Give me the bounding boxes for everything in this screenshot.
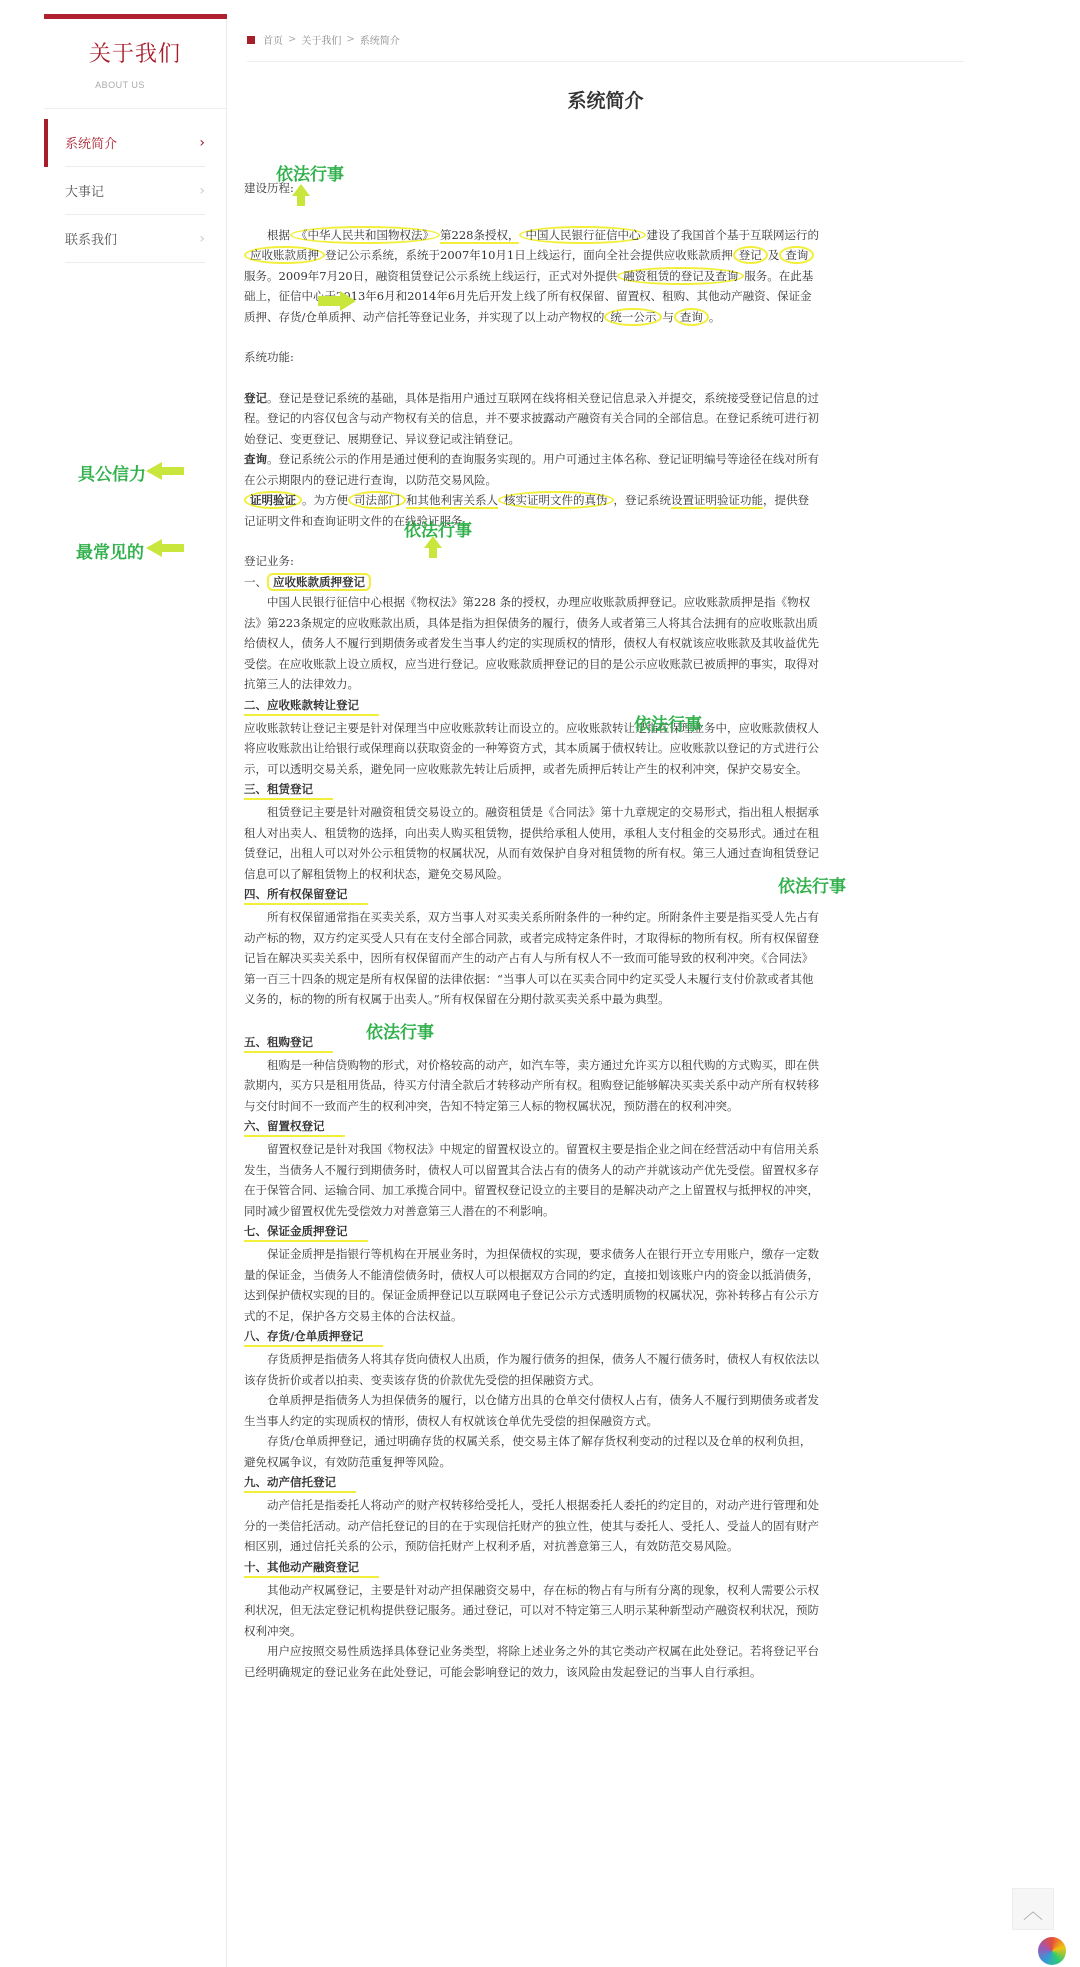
business-section-5: 五、租购登记 租购是一种信贷购物的形式，对价格较高的动产，如汽车等，卖方通过允许… [244, 1032, 819, 1117]
function-text: 。登记系统公示的作用是通过便利的查询服务实现的。用户可通过主体名称、登记证明编号… [244, 452, 819, 487]
highlight-center: 中国人民银行征信中心 [519, 226, 646, 244]
section-heading: 三、租赁登记 [244, 780, 333, 800]
section-paragraph: 应收账款转让登记主要是针对保理当中应收账款转让而设立的。应收账款转让是指在保理业… [244, 718, 819, 780]
highlight-unified: 统一公示 [604, 308, 662, 326]
arrow-left-icon [146, 462, 162, 480]
section-heading: 二、应收账款转让登记 [244, 696, 379, 716]
section-paragraph: 动产信托是指委托人将动产的财产权转移给受托人，受托人根据委托人委托的约定目的，对… [244, 1495, 819, 1557]
back-to-top-button[interactable]: ︿ [1012, 1888, 1054, 1930]
arrow-up-icon [292, 184, 310, 196]
home-icon [247, 36, 255, 44]
annotation-law: 依法行事 [366, 1018, 434, 1043]
annotation-law: 依法行事 [634, 710, 702, 735]
breadcrumb-about[interactable]: 关于我们 [301, 32, 341, 47]
arrow-left-icon [162, 467, 184, 475]
function-register: 登记。登记是登记系统的基础，具体是指用户通过互联网在线将相关登记信息录入并提交，… [244, 388, 819, 450]
text: 。 [709, 310, 721, 324]
breadcrumb-separator: > [288, 34, 296, 45]
text: 根据 [267, 228, 290, 242]
highlight-set: 设置证明验证功能 [671, 493, 763, 509]
business-section-6: 六、留置权登记 留置权登记是针对我国《物权法》中规定的留置权设立的。留置权主要是… [244, 1116, 819, 1221]
page-container: 关于我们 ABOUT US 系统简介 › 大事记 › 联系我们 › 首页 > 关… [44, 14, 984, 1967]
function-title: 登记 [244, 391, 267, 405]
section-heading: 应收账款质押登记 [267, 573, 371, 591]
section-paragraph: 租购是一种信贷购物的形式，对价格较高的动产，如汽车等，卖方通过允许买方以租代购的… [244, 1055, 819, 1117]
breadcrumb: 首页 > 关于我们 > 系统简介 [247, 18, 964, 62]
section-heading: 四、所有权保留登记 [244, 885, 368, 905]
text: 及 [768, 248, 780, 262]
business-section-7: 七、保证金质押登记 保证金质押是指银行等机构在开展业务时，为担保债权的实现，要求… [244, 1221, 819, 1326]
highlight-register: 登记 [733, 246, 768, 264]
sidebar: 关于我们 ABOUT US 系统简介 › 大事记 › 联系我们 › [44, 14, 227, 1967]
section-heading: 九、动产信托登记 [244, 1473, 356, 1493]
arrow-left-icon [162, 544, 184, 552]
text: 服务。2009年7月20日，融资租赁登记公示系统上线运行，正式对外提供 [244, 269, 617, 283]
heading-prefix: 一、 [244, 575, 267, 589]
highlight-lease: 融资租赁的登记及查询 [617, 267, 744, 285]
function-query: 查询。登记系统公示的作用是通过便利的查询服务实现的。用户可通过主体名称、登记证明… [244, 449, 819, 490]
business-label: 登记业务: [244, 551, 819, 572]
sidebar-title: 关于我们 [44, 37, 226, 68]
business-section-2: 二、应收账款转让登记 应收账款转让登记主要是针对保理当中应收账款转让而设立的。应… [244, 695, 819, 780]
arrow-up-icon [429, 548, 437, 558]
annotation-law: 依法行事 [276, 160, 344, 185]
arrow-up-icon [297, 196, 305, 206]
business-section-8: 八、存货/仓单质押登记 存货质押是指债务人将其存货向债权人出质，作为履行债务的担… [244, 1326, 819, 1472]
sidebar-header: 关于我们 ABOUT US [44, 19, 226, 109]
section-heading: 十、其他动产融资登记 [244, 1558, 379, 1578]
function-verify: 证明验证。为方便司法部门和其他利害关系人核实证明文件的真伪，登记系统设置证明验证… [244, 490, 819, 531]
highlight-law: 《中华人民共和国物权法》 [290, 226, 440, 244]
arrow-up-icon [424, 536, 442, 548]
business-section-9: 九、动产信托登记 动产信托是指委托人将动产的财产权转移给受托人，受托人根据委托人… [244, 1472, 819, 1557]
main-content: 首页 > 关于我们 > 系统简介 系统简介 建设历程: 根据《中华人民共和国物权… [227, 18, 984, 126]
breadcrumb-home[interactable]: 首页 [263, 32, 283, 47]
highlight-query: 查询 [674, 308, 709, 326]
text: 。为方便 [302, 493, 348, 507]
text: 与 [662, 310, 674, 324]
business-section-4: 四、所有权保留登记 所有权保留通常指在买卖关系，双方当事人对买卖关系所附条件的一… [244, 884, 819, 1010]
sidebar-item-label: 大事记 [65, 181, 104, 200]
section-paragraph: 存货质押是指债务人将其存货向债权人出质，作为履行债务的担保，债务人不履行债务时，… [244, 1349, 819, 1390]
arrow-left-icon [146, 539, 162, 557]
section-paragraph: 保证金质押是指银行等机构在开展业务时，为担保债权的实现，要求债务人在银行开立专用… [244, 1244, 819, 1326]
section-heading: 八、存货/仓单质押登记 [244, 1327, 383, 1347]
section-paragraph: 仓单质押是指债务人为担保债务的履行，以仓储方出具的仓单交付债权人占有，债务人不履… [244, 1390, 819, 1431]
sidebar-subtitle: ABOUT US [44, 80, 226, 90]
history-paragraph: 根据《中华人民共和国物权法》第228条授权，中国人民银行征信中心建设了我国首个基… [244, 225, 819, 328]
sidebar-item-system-intro[interactable]: 系统简介 › [65, 119, 205, 167]
section-heading: 六、留置权登记 [244, 1117, 345, 1137]
text: 第228条授权， [440, 228, 519, 244]
highlight-receivables: 应收账款质押 [244, 246, 325, 264]
text: 和其他利害关系人 [406, 493, 498, 509]
function-text: 。登记是登记系统的基础，具体是指用户通过互联网在线将相关登记信息录入并提交，系统… [244, 391, 819, 446]
section-paragraph: 租赁登记主要是针对融资租赁交易设立的。融资租赁是《合同法》第十九章规定的交易形式… [244, 802, 819, 884]
sidebar-item-label: 系统简介 [65, 133, 117, 152]
section-paragraph: 存货/仓单质押登记，通过明确存货的权属关系，使交易主体了解存货权利变动的过程以及… [244, 1431, 819, 1472]
business-section-3: 三、租赁登记 租赁登记主要是针对融资租赁交易设立的。融资租赁是《合同法》第十九章… [244, 779, 819, 884]
text: 登记公示系统，系统于2007年10月1日上线运行，面向全社会提供应收账款质押 [325, 248, 733, 262]
function-title: 证明验证 [244, 491, 302, 509]
arrow-right-icon [318, 296, 340, 306]
section-heading: 五、租购登记 [244, 1033, 333, 1053]
avatar[interactable] [1038, 1937, 1066, 1965]
section-paragraph: 其他动产权属登记，主要是针对动产担保融资交易中，存在标的物占有与所有分离的现象，… [244, 1580, 819, 1642]
text: ，登记系统 [614, 493, 672, 507]
business-section-10: 十、其他动产融资登记 其他动产权属登记，主要是针对动产担保融资交易中，存在标的物… [244, 1557, 819, 1683]
section-paragraph: 用户应按照交易性质选择具体登记业务类型，将除上述业务之外的其它类动产权属在此处登… [244, 1641, 819, 1682]
chevron-right-icon: › [199, 135, 205, 151]
function-label: 系统功能: [244, 347, 819, 368]
annotation-credibility: 具公信力 [78, 460, 146, 485]
function-title: 查询 [244, 452, 267, 466]
business-section-1: 一、应收账款质押登记 中国人民银行征信中心根据《物权法》第228 条的授权，办理… [244, 572, 819, 695]
annotation-law: 依法行事 [778, 872, 846, 897]
section-paragraph: 留置权登记是针对我国《物权法》中规定的留置权设立的。留置权主要是指企业之间在经营… [244, 1139, 819, 1221]
article-body: 建设历程: 根据《中华人民共和国物权法》第228条授权，中国人民银行征信中心建设… [244, 178, 819, 1682]
chevron-right-icon: › [199, 183, 205, 199]
breadcrumb-current: 系统简介 [360, 32, 400, 47]
page-title: 系统简介 [227, 86, 984, 126]
breadcrumb-separator: > [346, 34, 354, 45]
arrow-right-icon [340, 291, 356, 311]
section-paragraph: 所有权保留通常指在买卖关系，双方当事人对买卖关系所附条件的一种约定。所附条件主要… [244, 907, 819, 1010]
highlight-judicial: 司法部门 [348, 491, 406, 509]
section-paragraph: 中国人民银行征信中心根据《物权法》第228 条的授权，办理应收账款质押登记。应收… [244, 592, 819, 695]
chevron-right-icon: › [199, 231, 205, 247]
text: 建设了我国首个基于互联网运行的 [646, 228, 819, 242]
sidebar-item-contact[interactable]: 联系我们 › [65, 215, 205, 263]
section-heading: 七、保证金质押登记 [244, 1222, 368, 1242]
sidebar-item-label: 联系我们 [65, 229, 117, 248]
highlight-verify: 核实证明文件的真伪 [498, 491, 614, 509]
sidebar-nav: 系统简介 › 大事记 › 联系我们 › [44, 119, 226, 263]
sidebar-item-milestones[interactable]: 大事记 › [65, 167, 205, 215]
highlight-query: 查询 [779, 246, 814, 264]
annotation-most-common: 最常见的 [76, 538, 144, 563]
